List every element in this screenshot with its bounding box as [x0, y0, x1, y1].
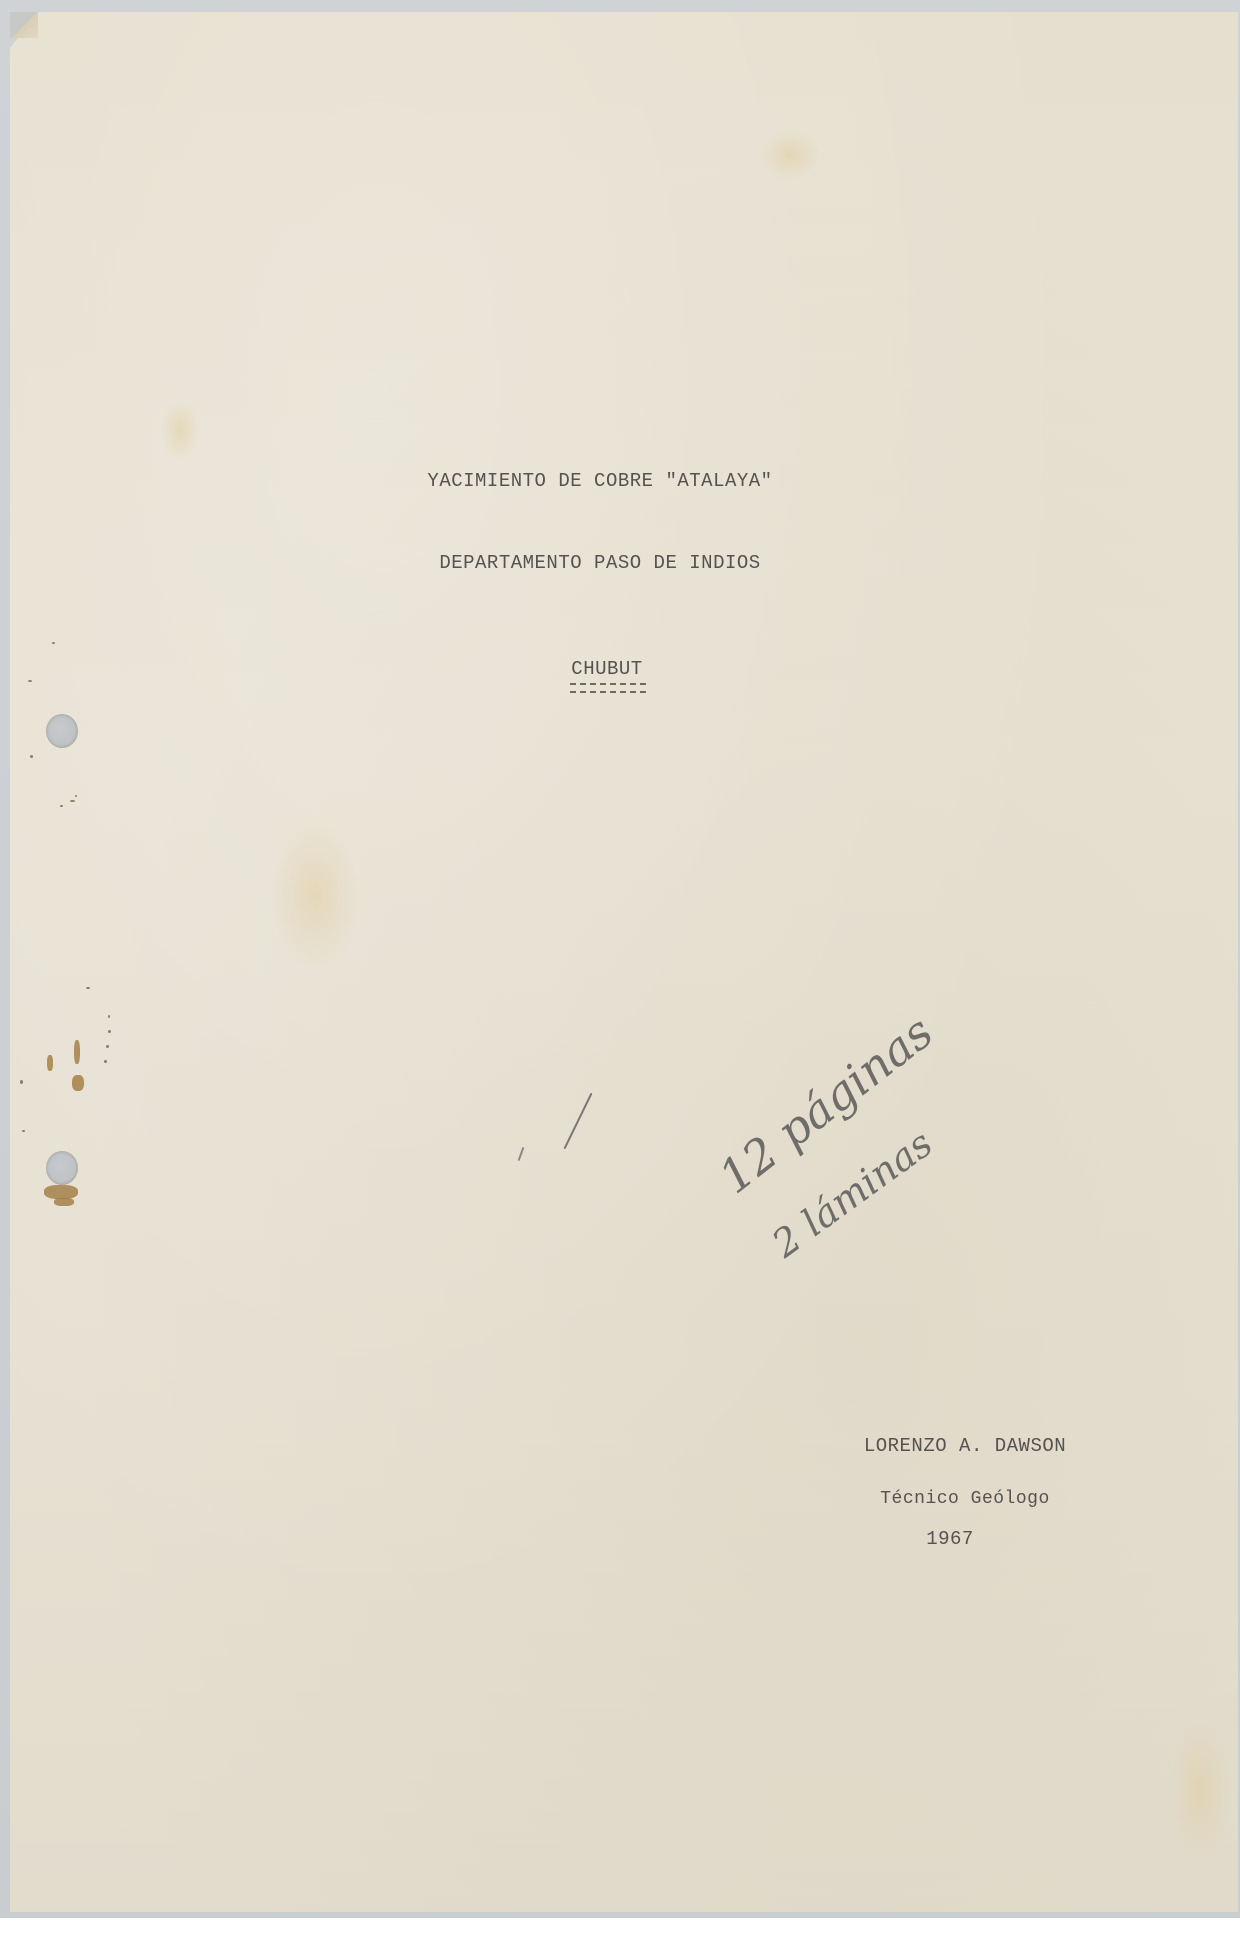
paper-stain — [270, 820, 360, 970]
speck — [106, 1045, 109, 1048]
speck — [20, 1080, 23, 1084]
speck — [70, 800, 75, 802]
speck — [108, 1030, 111, 1033]
speck — [108, 1015, 110, 1018]
paper-stain — [1170, 1720, 1230, 1860]
punch-hole — [46, 1151, 78, 1185]
speck — [30, 755, 33, 758]
rust-stain — [74, 1040, 80, 1064]
rust-stain — [44, 1185, 78, 1199]
title-line-1: YACIMIENTO DE COBRE "ATALAYA" — [427, 470, 772, 492]
paper-stain — [160, 400, 200, 460]
rust-stain — [54, 1198, 74, 1206]
speck — [86, 987, 90, 989]
title-line-3-province: CHUBUT — [571, 658, 642, 680]
punch-hole — [46, 714, 78, 748]
rust-stain — [47, 1055, 53, 1071]
folded-corner — [10, 12, 38, 38]
speck — [22, 1130, 25, 1132]
speck — [104, 1060, 107, 1063]
author-role: Técnico Geólogo — [880, 1489, 1050, 1509]
author-name: LORENZO A. DAWSON — [864, 1435, 1066, 1457]
speck — [75, 795, 77, 797]
document-page — [10, 12, 1238, 1912]
document-year: 1967 — [926, 1528, 974, 1550]
speck — [28, 680, 32, 682]
double-underline — [570, 683, 646, 693]
speck — [52, 642, 55, 644]
speck — [60, 805, 63, 807]
rust-stain — [72, 1075, 84, 1091]
paper-stain — [760, 130, 820, 180]
title-line-2: DEPARTAMENTO PASO DE INDIOS — [439, 552, 760, 574]
